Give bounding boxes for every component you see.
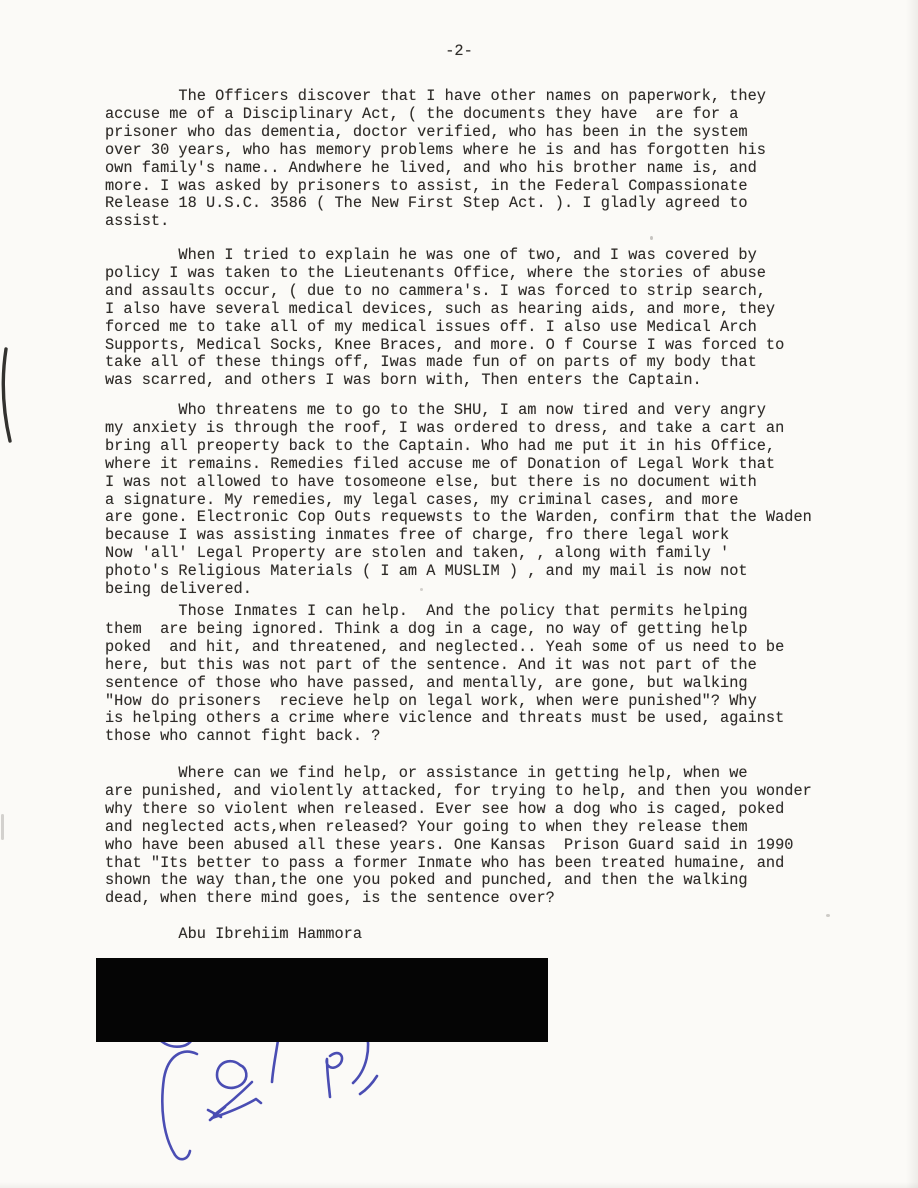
body-paragraph-5: Where can we find help, or assistance in… bbox=[105, 765, 812, 908]
typed-signature-name: Abu Ibrehiim Hammora bbox=[105, 926, 362, 944]
scan-artifact-mark bbox=[0, 345, 16, 445]
handwritten-signature-icon bbox=[132, 1018, 402, 1188]
scan-speck bbox=[826, 914, 830, 917]
scan-edge-shading bbox=[906, 0, 918, 1188]
scan-speck bbox=[650, 236, 653, 240]
scan-speck bbox=[420, 588, 423, 591]
body-paragraph-1: The Officers discover that I have other … bbox=[105, 88, 766, 231]
scanned-letter-page: -2- The Officers discover that I have ot… bbox=[0, 0, 918, 1188]
scan-artifact-faint-mark bbox=[1, 814, 4, 840]
body-paragraph-3: Who threatens me to go to the SHU, I am … bbox=[105, 402, 812, 599]
body-paragraph-4: Those Inmates I can help. And the policy… bbox=[105, 603, 784, 746]
redaction-box bbox=[96, 958, 548, 1042]
page-number: -2- bbox=[0, 42, 918, 60]
body-paragraph-2: When I tried to explain he was one of tw… bbox=[105, 247, 784, 390]
